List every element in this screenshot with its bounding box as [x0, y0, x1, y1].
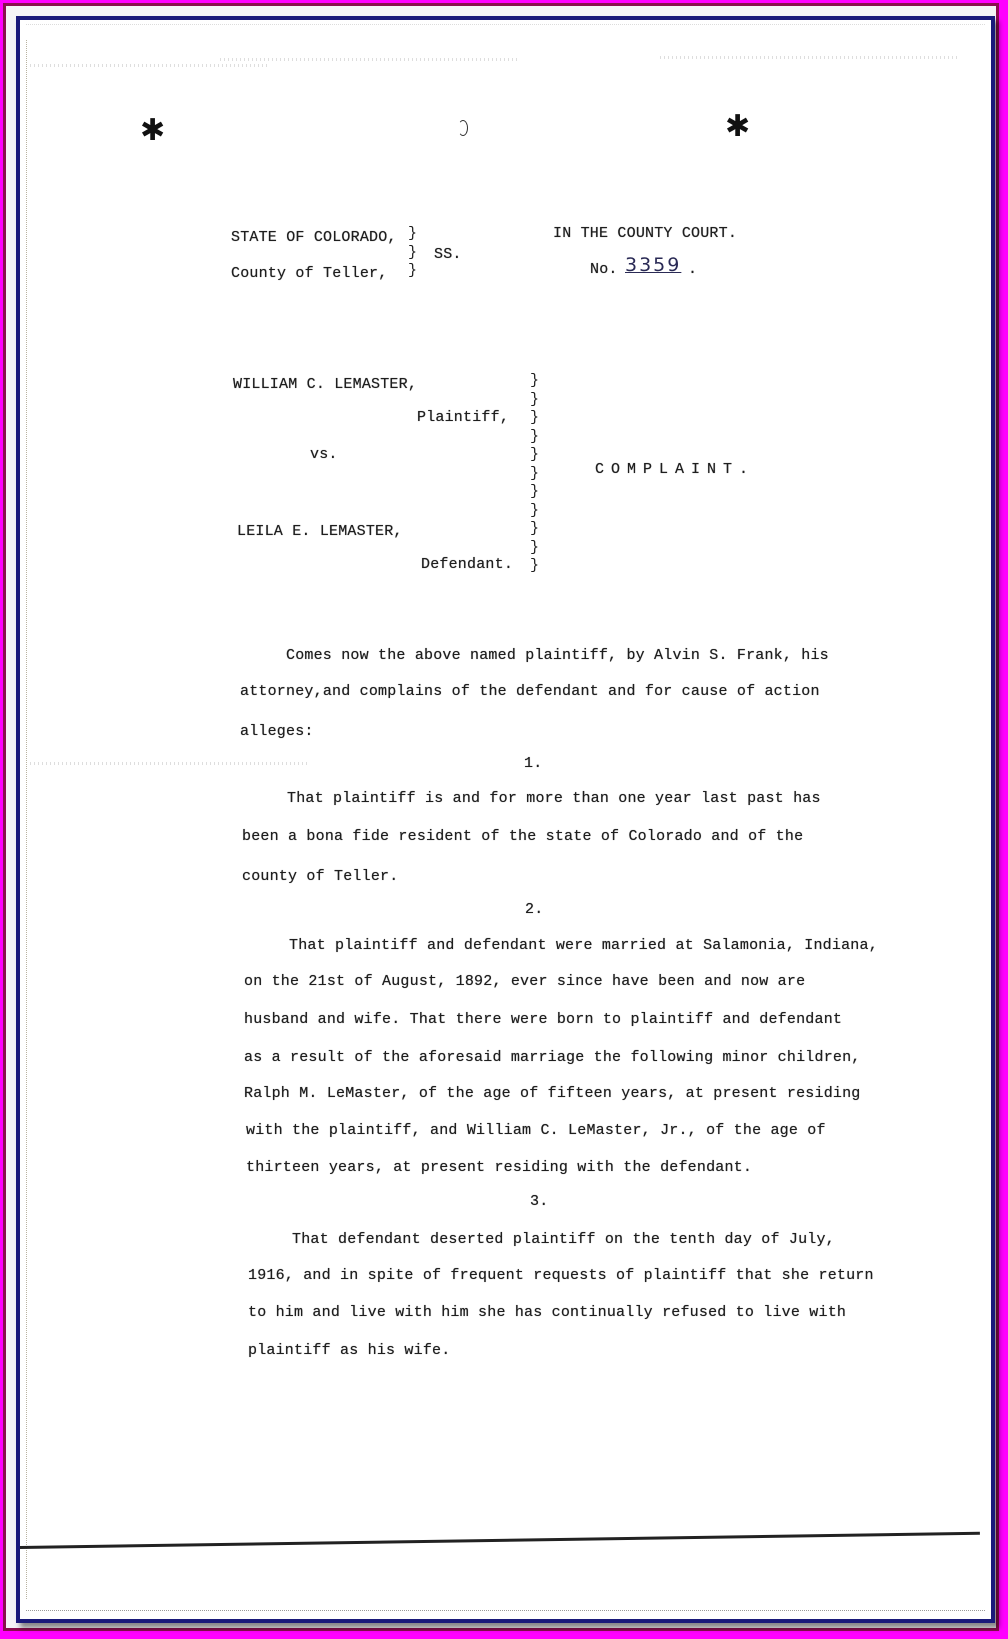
section-line: as a result of the aforesaid marriage th… — [244, 1049, 861, 1066]
case-number: 3359 — [625, 254, 681, 276]
court-name: IN THE COUNTY COURT. — [553, 225, 737, 242]
asterisk-punch-mark-icon: ✱ — [140, 116, 165, 146]
scan-noise — [30, 64, 270, 67]
section-line: Ralph M. LeMaster, of the age of fifteen… — [244, 1085, 861, 1102]
section-line: That defendant deserted plaintiff on the… — [292, 1231, 835, 1248]
section-line: That plaintiff is and for more than one … — [287, 790, 821, 807]
defendant-role: Defendant. — [421, 556, 513, 573]
section-line: 1916, and in spite of frequent requests … — [248, 1267, 874, 1284]
section-line: county of Teller. — [242, 868, 398, 885]
section-line: That plaintiff and defendant were marrie… — [289, 937, 878, 954]
case-number-suffix: . — [688, 261, 697, 278]
caption-bracket: }}}}}}}}}}} — [530, 372, 539, 576]
plaintiff-name: WILLIAM C. LEMASTER, — [233, 376, 417, 393]
scan-noise — [30, 762, 310, 765]
defendant-name: LEILA E. LEMASTER, — [237, 523, 403, 540]
section-number: 2. — [525, 901, 543, 918]
section-number: 3. — [530, 1193, 548, 1210]
intro-line: Comes now the above named plaintiff, by … — [286, 647, 829, 664]
scan-edge-bottom — [26, 1609, 985, 1611]
venue-county: County of Teller, — [231, 265, 387, 282]
venue-ss: SS. — [434, 246, 462, 263]
case-number-label: No. — [590, 261, 618, 278]
plaintiff-role: Plaintiff, — [417, 409, 509, 426]
section-line: been a bona fide resident of the state o… — [242, 828, 803, 845]
section-line: with the plaintiff, and William C. LeMas… — [246, 1122, 826, 1139]
venue-state: STATE OF COLORADO, — [231, 229, 397, 246]
ink-ring-mark-icon — [458, 120, 468, 136]
asterisk-punch-mark-icon: ✱ — [725, 112, 750, 142]
intro-line: alleges: — [240, 723, 314, 740]
section-line: on the 21st of August, 1892, ever since … — [244, 973, 805, 990]
versus-label: vs. — [310, 446, 338, 463]
section-line: to him and live with him she has continu… — [248, 1304, 846, 1321]
page-bottom-rule — [20, 1532, 980, 1549]
section-line: husband and wife. That there were born t… — [244, 1011, 842, 1028]
intro-line: attorney,and complains of the defendant … — [240, 683, 820, 700]
venue-bracket: }}} — [408, 225, 417, 281]
scanned-document-page: ✱ ✱ STATE OF COLORADO, County of Teller,… — [16, 16, 995, 1623]
scan-edge-left — [26, 40, 28, 1599]
document-title: COMPLAINT. — [595, 461, 755, 478]
section-line: plaintiff as his wife. — [248, 1342, 450, 1359]
section-number: 1. — [524, 755, 542, 772]
scan-noise — [660, 56, 960, 59]
scan-edge-top — [26, 24, 985, 26]
scan-noise — [220, 58, 520, 61]
section-line: thirteen years, at present residing with… — [246, 1159, 752, 1176]
